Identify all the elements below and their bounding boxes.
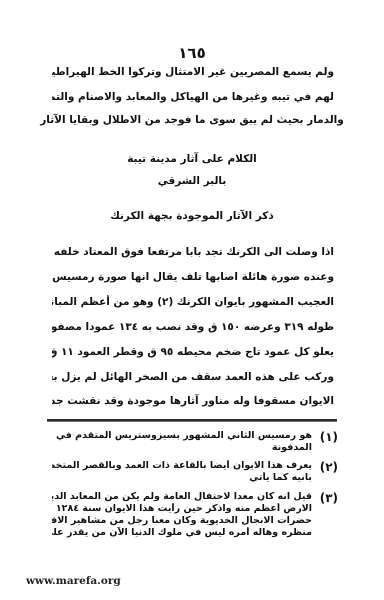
- footnote-line: الارض أعظم منه واذكر حين رأيت هذا الايوا…: [52, 503, 312, 515]
- section-line: طوله ٣١٩ وعرضه ١٥٠ ق وقد نصب به ١٣٤ عمود…: [52, 320, 334, 334]
- footnote-marker: (٣): [320, 491, 338, 505]
- body-line: لهم في تيبه وغيرها من الهياكل والمعابد و…: [52, 90, 334, 104]
- subsection-heading: ذكر الآثار الموجودة بجهة الكرنك: [0, 209, 384, 223]
- section-line: يعلو كل عمود تاج ضخم محيطه ٩٥ ق وقطر الع…: [52, 345, 334, 359]
- footnote-line: المدفونة: [52, 442, 312, 454]
- footnote-marker: (١): [320, 430, 338, 444]
- footnote-3: (٣) قيل انه كان معدا لاحتفال العامة ولم …: [52, 491, 338, 539]
- section-line: وعنده صورة هائلة اصابها تلف يقال انها صو…: [52, 270, 334, 284]
- section-line: العجيب المشهور بايوان الكرنك (٢) وهو من …: [52, 295, 334, 309]
- body-line: والدمار بحيث لم يبق سوى ما فوجد من الاطل…: [0, 113, 384, 127]
- watermark-url: www.marefa.org: [26, 575, 121, 587]
- section-line: اذا وصلت الى الكرنك تجد بابا مرتفعا فوق …: [52, 245, 334, 259]
- footnote-line: حضرات الانجال الخديوية وكان معنا رجل من …: [52, 515, 312, 527]
- footnote-line: يعرف هذا الايوان أيضا بالقاعة ذات العمد …: [52, 460, 312, 472]
- footnote-line: منظره وهاله أمره ليس في ملوك الدنيا الآن…: [52, 527, 312, 539]
- section-heading-subtitle: بالبر الشرقي: [0, 174, 384, 188]
- section-heading-title: الكلام على آثار مدينة تيبة: [0, 152, 384, 166]
- section-line: الايوان مسقوفا وله مناور آثارها موجودة و…: [52, 394, 334, 408]
- page-number: ١٦٥: [0, 44, 384, 62]
- footnote-marker: (٢): [320, 460, 338, 474]
- footnote-separator: [47, 419, 337, 422]
- scanned-book-page: ١٦٥ ولم يسمع المصريين غير الامتثال وتركو…: [0, 0, 384, 600]
- footnote-line: بانيه كما يأتي: [52, 472, 312, 484]
- footnote-line: قيل انه كان معدا لاحتفال العامة ولم يكن …: [52, 491, 312, 503]
- footnote-line: هو رمسيس الثاني المشهور بسيزوستريس المتق…: [52, 430, 312, 442]
- footnote-2: (٢) يعرف هذا الايوان أيضا بالقاعة ذات ال…: [52, 460, 338, 484]
- body-line: ولم يسمع المصريين غير الامتثال وتركوا ال…: [52, 65, 334, 79]
- footnote-1: (١) هو رمسيس الثاني المشهور بسيزوستريس ا…: [52, 430, 338, 454]
- section-line: وركب على هذه العمد سقف من الصخر الهائل ل…: [52, 370, 334, 384]
